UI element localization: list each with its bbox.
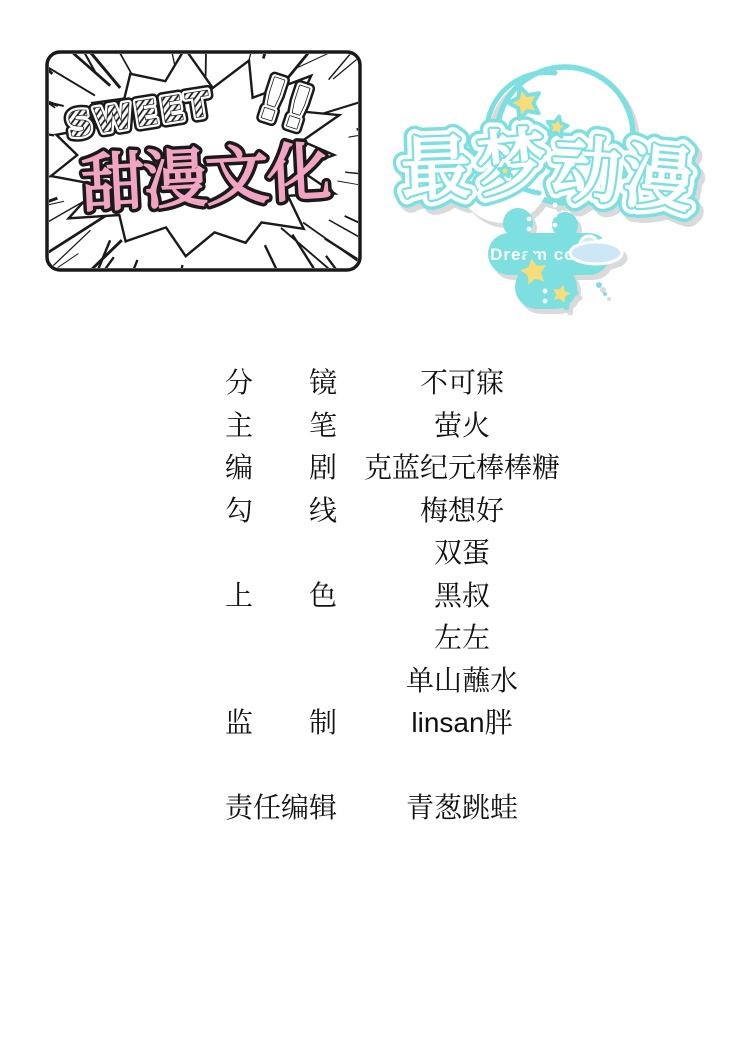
credit-role-label: 分镜 <box>225 362 337 405</box>
credit-person-value: 不可寐 <box>337 362 587 405</box>
credit-person-value: linsan胖 <box>337 702 587 745</box>
sweet-logo-title: 甜漫文化 <box>79 136 331 221</box>
credit-row: 监制 linsan胖 <box>225 702 595 745</box>
dot-trail <box>527 227 532 232</box>
credit-role-label: 主笔 <box>225 405 337 448</box>
credit-person-value: 克蓝纪元棒棒糖 <box>337 447 587 490</box>
credit-role-label: 编剧 <box>225 447 337 490</box>
credit-person-value: 梅想好 <box>337 490 587 533</box>
credit-row: 上色 黑叔 <box>225 575 595 618</box>
credits-page: { "logo_left": { "sweet_label": "SWEET",… <box>0 0 744 1058</box>
credit-row: 责任编辑 青葱跳蛙 <box>225 787 595 830</box>
credit-person-value: 单山蘸水 <box>337 660 587 703</box>
credit-person-value: 左左 <box>337 617 587 660</box>
dream-logo-char: 动 <box>549 130 623 212</box>
dot-trail <box>553 213 558 218</box>
dream-logo-char: 梦 <box>473 121 551 206</box>
credit-row: 单山蘸水 <box>225 660 595 703</box>
credit-row: 主笔 萤火 <box>225 405 595 448</box>
dot-trail <box>543 299 548 304</box>
credit-person-value: 黑叔 <box>337 575 587 618</box>
dot-trail <box>553 223 558 228</box>
credit-row: 分镜 不可寐 <box>225 362 595 405</box>
credit-row: 勾线 梅想好 <box>225 490 595 533</box>
credit-role-label: 勾线 <box>225 490 337 533</box>
credit-role-label: 上色 <box>225 575 337 618</box>
credit-row: 编剧 克蓝纪元棒棒糖 <box>225 447 595 490</box>
credit-role-label <box>225 532 337 575</box>
dot-trail <box>527 207 532 212</box>
dream-logo-char: 漫 <box>620 137 697 221</box>
credit-row: 双蛋 <box>225 532 595 575</box>
dot-trail <box>553 203 558 208</box>
credit-role-label: 监制 <box>225 702 337 745</box>
sweet-burst-logo: SWEETSWEETSWEET!!!!!!甜漫文化 <box>45 50 362 272</box>
credit-person-value: 青葱跳蛙 <box>337 787 587 830</box>
dream-comic-logo-canvas: 最梦动漫最梦动漫最梦动漫最梦动漫Dream comic <box>393 53 708 315</box>
credit-role-label <box>225 617 337 660</box>
credit-person-value: 萤火 <box>337 405 587 448</box>
credit-row: 左左 <box>225 617 595 660</box>
credit-role-label <box>225 660 337 703</box>
dot-trail <box>527 217 532 222</box>
dream-logo-char: 最 <box>400 129 473 209</box>
credits-list: 分镜 不可寐 主笔 萤火 编剧 克蓝纪元棒棒糖 勾线 梅想好 双蛋 上色 黑叔 … <box>225 362 595 830</box>
credit-person-value: 双蛋 <box>337 532 587 575</box>
dot-trail <box>543 289 548 294</box>
credit-role-label: 责任编辑 <box>225 787 337 830</box>
dream-comic-logo: 最梦动漫最梦动漫最梦动漫最梦动漫Dream comic <box>393 53 708 315</box>
sweet-burst-logo-canvas: SWEETSWEETSWEET!!!!!!甜漫文化 <box>45 50 362 272</box>
